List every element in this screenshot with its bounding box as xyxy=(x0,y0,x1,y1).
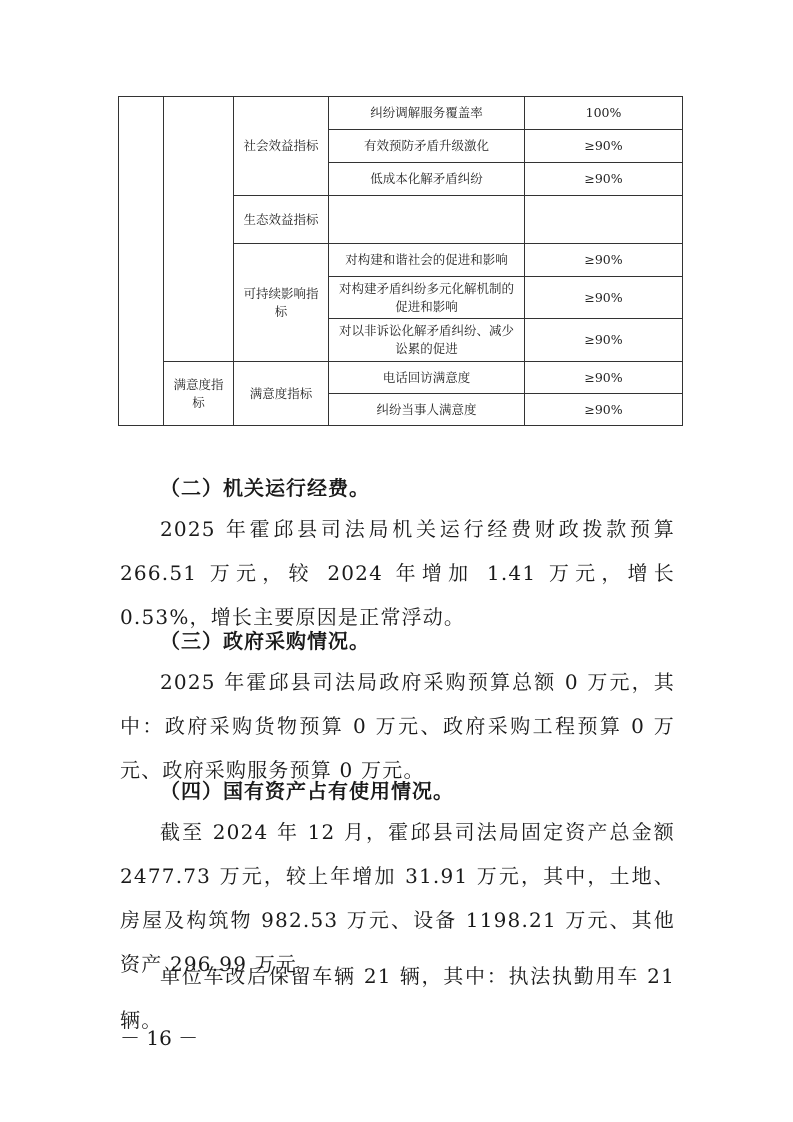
performance-indicator-table: 社会效益指标 纠纷调解服务覆盖率 100% 有效预防矛盾升级激化 ≥90% 低成… xyxy=(118,96,683,426)
table-cell-level2 xyxy=(164,97,234,362)
table-cell-indicator: 对构建和谐社会的促进和影响 xyxy=(329,244,525,277)
table-cell-indicator: 有效预防矛盾升级激化 xyxy=(329,130,525,163)
table-cell-indicator: 纠纷调解服务覆盖率 xyxy=(329,97,525,130)
table-cell-indicator xyxy=(329,196,525,244)
table-cell-value xyxy=(525,196,683,244)
table-cell-indicator: 纠纷当事人满意度 xyxy=(329,394,525,426)
table-cell-indicator: 对以非诉讼化解矛盾纠纷、减少讼累的促进 xyxy=(329,319,525,362)
table-cell-value: 100% xyxy=(525,97,683,130)
table-cell-category: 可持续影响指标 xyxy=(234,244,329,362)
table-cell-value: ≥90% xyxy=(525,319,683,362)
table-cell-indicator: 电话回访满意度 xyxy=(329,362,525,394)
section-heading-operating-costs: （二）机关运行经费。 xyxy=(160,472,370,501)
table-cell-value: ≥90% xyxy=(525,277,683,319)
section-body-operating-costs: 2025 年霍邱县司法局机关运行经费财政拨款预算266.51 万元，较 2024… xyxy=(120,507,675,639)
table-cell-indicator: 对构建矛盾纠纷多元化解机制的促进和影响 xyxy=(329,277,525,319)
section-body-procurement: 2025 年霍邱县司法局政府采购预算总额 0 万元，其中：政府采购货物预算 0 … xyxy=(120,660,675,792)
section-heading-procurement: （三）政府采购情况。 xyxy=(160,625,370,654)
table-cell-value: ≥90% xyxy=(525,394,683,426)
section-body-vehicles: 单位车改后保留车辆 21 辆，其中：执法执勤用车 21 辆。 xyxy=(120,954,675,1042)
section-heading-state-assets: （四）国有资产占有使用情况。 xyxy=(160,775,454,804)
table-cell-category: 生态效益指标 xyxy=(234,196,329,244)
table-cell-value: ≥90% xyxy=(525,130,683,163)
table-cell-value: ≥90% xyxy=(525,244,683,277)
page-number: － 16 － xyxy=(120,1022,198,1051)
table-cell-level2: 满意度指标 xyxy=(164,362,234,426)
table-cell-value: ≥90% xyxy=(525,163,683,196)
table-cell-category: 社会效益指标 xyxy=(234,97,329,196)
table-cell-indicator: 低成本化解矛盾纠纷 xyxy=(329,163,525,196)
table-cell-category: 满意度指标 xyxy=(234,362,329,426)
table-cell-level1 xyxy=(119,97,164,426)
table-cell-value: ≥90% xyxy=(525,362,683,394)
